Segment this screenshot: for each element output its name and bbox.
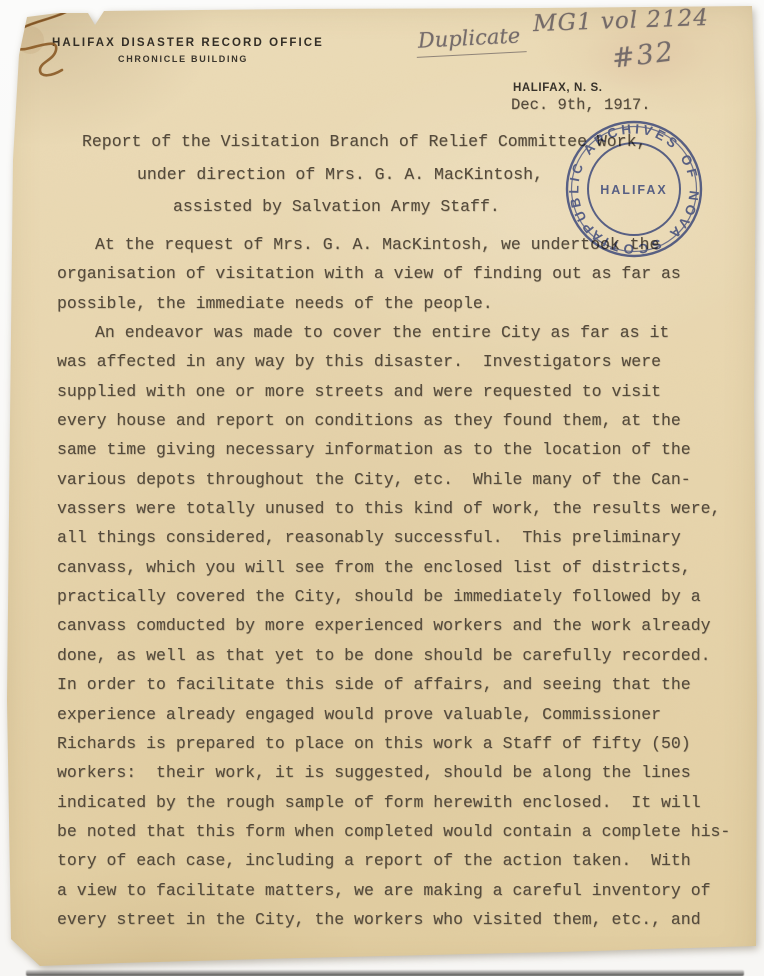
body-line: a view to facilitate matters, we are mak… — [57, 876, 730, 905]
body-line: Richards is prepared to place on this wo… — [57, 729, 730, 758]
body-line: canvass, which you will see from the enc… — [57, 553, 730, 582]
body-line: various depots throughout the City, etc.… — [57, 465, 730, 494]
body-line: was affected in any way by this disaster… — [57, 347, 730, 376]
letterhead-building-name: CHRONICLE BUILDING — [118, 54, 248, 64]
body-line: workers: their work, it is suggested, sh… — [57, 758, 730, 787]
body-line: done, as well as that yet to be done sho… — [57, 641, 730, 670]
body-line: indicated by the rough sample of form he… — [57, 788, 730, 817]
folded-corner — [8, 930, 44, 970]
body-line: every street in the City, the workers wh… — [57, 905, 730, 934]
paper-sheet: HALIFAX DISASTER RECORD OFFICE CHRONICLE… — [0, 0, 764, 976]
body-line: supplied with one or more streets and we… — [57, 377, 730, 406]
body-line: all things considered, reasonably succes… — [57, 523, 730, 552]
duplicate-handwritten-note: Duplicate — [415, 23, 527, 58]
stamp-center-text: HALIFAX — [600, 183, 667, 197]
report-body-text: At the request of Mrs. G. A. MacKintosh,… — [57, 230, 730, 934]
place-line: HALIFAX, N. S. — [513, 82, 603, 94]
date-line: Dec. 9th, 1917. — [511, 96, 651, 114]
body-line: practically covered the City, should be … — [57, 582, 730, 611]
body-line: vassers were totally unused to this kind… — [57, 494, 730, 523]
body-line: be noted that this form when completed w… — [57, 817, 730, 846]
item-number-note: #32 — [610, 36, 676, 74]
scanner-edge-shadow — [26, 970, 744, 976]
paperclip-rust-mark — [0, 0, 130, 130]
body-line: An endeavor was made to cover the entire… — [57, 318, 730, 347]
archives-stamp: PUBLIC ARCHIVES OF NOVA SCOTIA HALIFAX — [559, 114, 709, 264]
body-line: In order to facilitate this side of affa… — [57, 670, 730, 699]
body-line: experience already engaged would prove v… — [57, 700, 730, 729]
body-line: every house and report on conditions as … — [57, 406, 730, 435]
body-line: canvass comducted by more experienced wo… — [57, 611, 730, 640]
archive-reference-note: MG1 vol 2124 — [533, 5, 710, 37]
body-line: tory of each case, including a report of… — [57, 846, 730, 875]
body-line: possible, the immediate needs of the peo… — [57, 289, 730, 318]
body-line: same time giving necessary information a… — [57, 435, 730, 464]
scanned-document: HALIFAX DISASTER RECORD OFFICE CHRONICLE… — [0, 0, 764, 976]
